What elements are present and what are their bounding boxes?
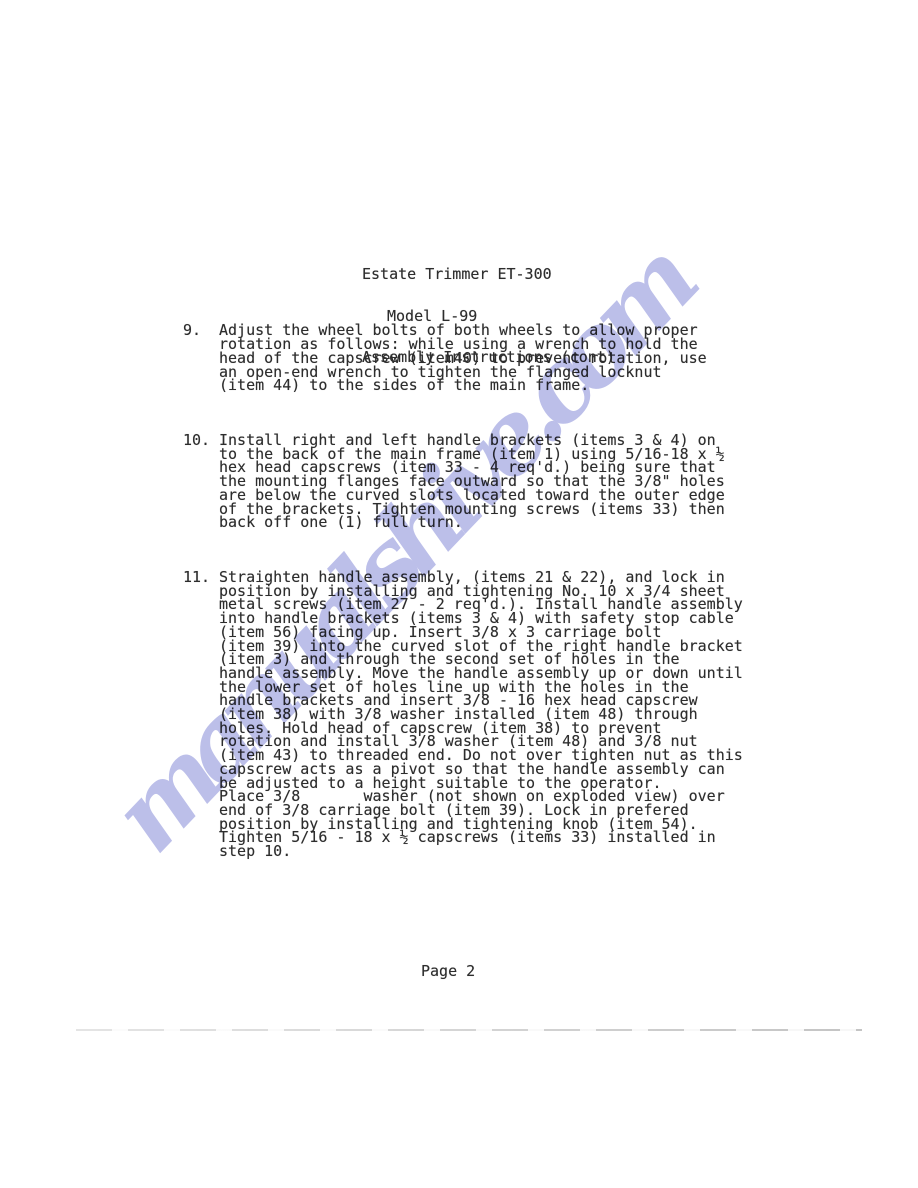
instruction-list: 9. Adjust the wheel bolts of both wheels… [183,297,743,900]
step-text: Adjust the wheel bolts of both wheels to… [219,324,707,393]
step-number: 9. [183,324,219,393]
step-number: 11. [183,571,219,859]
step-number: 10. [183,434,219,530]
instruction-step-9: 9. Adjust the wheel bolts of both wheels… [183,324,743,393]
page-number: Page 2 [421,965,475,979]
scanned-manual-page: Estate Trimmer ET-300 Model L-99 Assembl… [0,0,918,1188]
instruction-step-10: 10. Install right and left handle bracke… [183,434,743,530]
scan-artifact-line [76,1029,862,1031]
instruction-step-11: 11. Straighten handle assembly, (items 2… [183,571,743,859]
doc-title: Estate Trimmer ET-300 [362,268,615,282]
step-text: Install right and left handle brackets (… [219,434,725,530]
step-text: Straighten handle assembly, (items 21 & … [219,571,743,859]
